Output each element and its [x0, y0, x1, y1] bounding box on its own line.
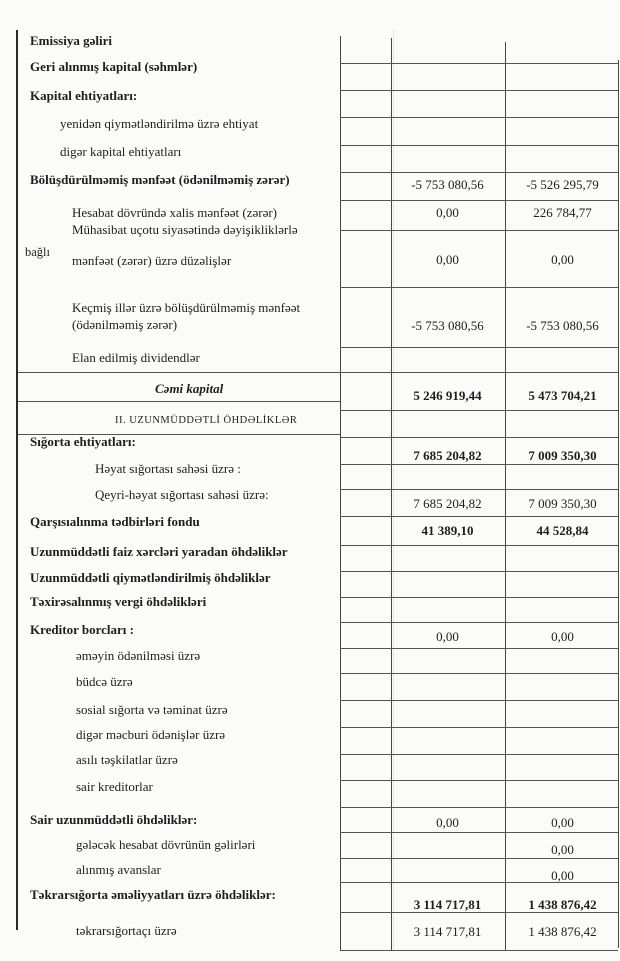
row-label: Həyat sığortası sahəsi üzrə :	[95, 461, 241, 476]
value-previous-period: -5 526 295,79	[505, 177, 620, 192]
value-previous-period: 0,00	[505, 629, 620, 644]
row-label: sair kreditorlar	[76, 779, 153, 794]
row-label: yenidən qiymətləndirilmə üzrə ehtiyat	[60, 116, 258, 131]
grid-horizontal-line	[340, 545, 618, 546]
value-previous-period: 7 009 350,30	[505, 496, 620, 511]
grid-vertical-line	[340, 36, 341, 950]
value-current-period: 0,00	[390, 629, 505, 644]
grid-horizontal-line	[340, 63, 618, 64]
row-label: asılı təşkilatlar üzrə	[76, 752, 178, 767]
row-label: əməyin ödənilməsi üzrə	[76, 648, 200, 663]
grid-horizontal-line	[340, 858, 618, 859]
grid-horizontal-line	[340, 410, 618, 411]
row-label: Kreditor borcları :	[30, 622, 134, 637]
side-note-bagli: bağlı	[25, 245, 50, 260]
grid-horizontal-line	[340, 622, 618, 623]
row-label: Qarşısıalınma tədbirləri fondu	[30, 514, 200, 529]
row-label: Uzunmüddətli qiymətləndirilmiş öhdəliklə…	[30, 570, 271, 585]
grid-horizontal-line	[340, 90, 618, 91]
value-current-period: 0,00	[390, 205, 505, 220]
row-label: Kapital ehtiyatları:	[30, 88, 137, 103]
row-label: Mühasibat uçotu siyasətində dəyişikliklə…	[72, 222, 298, 237]
value-previous-period: 0,00	[505, 252, 620, 267]
grid-horizontal-line	[18, 401, 340, 402]
row-label: Təxirəsalınmış vergi öhdəlikləri	[30, 594, 206, 609]
grid-horizontal-line	[340, 200, 618, 201]
value-previous-period: -5 753 080,56	[505, 318, 620, 333]
grid-horizontal-line	[340, 464, 618, 465]
value-previous-period: 0,00	[505, 868, 620, 883]
grid-horizontal-line	[18, 372, 340, 373]
row-label: Sığorta ehtiyatları:	[30, 434, 136, 449]
row-label: təkrarsığortaçı üzrə	[76, 923, 177, 938]
value-current-period: 3 114 717,81	[390, 897, 505, 912]
value-previous-period: 226 784,77	[505, 205, 620, 220]
grid-horizontal-line	[340, 807, 618, 808]
row-label: Sair uzunmüddətli öhdəliklər:	[30, 812, 197, 827]
row-label: Hesabat dövründə xalis mənfəət (zərər)	[72, 205, 277, 220]
grid-horizontal-line	[340, 832, 618, 833]
section-title: II. UZUNMÜDDƏTLİ ÖHDƏLİKLƏR	[115, 415, 297, 426]
grid-horizontal-line	[340, 571, 618, 572]
row-label: alınmış avanslar	[76, 862, 161, 877]
grid-horizontal-line	[340, 912, 618, 913]
row-label: Cəmi kapital	[155, 381, 223, 396]
value-previous-period: 1 438 876,42	[505, 897, 620, 912]
value-current-period: 3 114 717,81	[390, 924, 505, 939]
grid-horizontal-line	[340, 287, 618, 288]
value-previous-period: 0,00	[505, 842, 620, 857]
row-label-continued: (ödənilməmiş zərər)	[72, 317, 177, 332]
grid-horizontal-line	[340, 700, 618, 701]
grid-vertical-line	[391, 38, 392, 950]
row-label: Geri alınmış kapital (səhmlər)	[30, 59, 197, 74]
row-label: Emissiya gəliri	[30, 33, 112, 48]
row-label: digər məcburi ödənişlər üzrə	[76, 727, 225, 742]
grid-horizontal-line	[340, 489, 618, 490]
grid-horizontal-line	[340, 754, 618, 755]
value-previous-period: 7 009 350,30	[505, 448, 620, 463]
row-label: Qeyri-həyat sığortası sahəsi üzrə:	[95, 487, 269, 502]
row-label: Uzunmüddətli faiz xərcləri yaradan öhdəl…	[30, 544, 288, 559]
value-previous-period: 0,00	[505, 815, 620, 830]
row-label: Təkrarsığorta əməliyyatları üzrə öhdəlik…	[30, 887, 276, 902]
row-label: Elan edilmiş dividendlər	[72, 350, 200, 365]
row-label-continued: mənfəət (zərər) üzrə düzəlişlər	[72, 253, 231, 268]
value-previous-period: 44 528,84	[505, 523, 620, 538]
grid-horizontal-line	[340, 727, 618, 728]
value-current-period: -5 753 080,56	[390, 318, 505, 333]
grid-horizontal-line	[340, 230, 618, 231]
grid-horizontal-line	[340, 172, 618, 173]
grid-horizontal-line	[340, 648, 618, 649]
value-previous-period: 5 473 704,21	[505, 388, 620, 403]
page-left-border	[16, 30, 18, 930]
grid-horizontal-line	[340, 597, 618, 598]
grid-horizontal-line	[340, 950, 618, 951]
value-current-period: 5 246 919,44	[390, 388, 505, 403]
value-current-period: 7 685 204,82	[390, 448, 505, 463]
grid-horizontal-line	[340, 347, 618, 348]
row-label: Bölüşdürülməmiş mənfəət (ödənilməmiş zər…	[30, 172, 290, 187]
scan-artifact-line	[393, 30, 394, 950]
row-label: sosial sığorta və təminat üzrə	[76, 702, 228, 717]
grid-horizontal-line	[340, 372, 618, 373]
grid-horizontal-line	[340, 673, 618, 674]
row-label: gələcək hesabat dövrünün gəlirləri	[76, 837, 255, 852]
row-label: Keçmiş illər üzrə bölüşdürülməmiş mənfəə…	[72, 300, 300, 315]
row-label: büdcə üzrə	[76, 674, 133, 689]
grid-horizontal-line	[340, 117, 618, 118]
row-label: digər kapital ehtiyatları	[60, 144, 181, 159]
value-current-period: 0,00	[390, 252, 505, 267]
value-current-period: 7 685 204,82	[390, 496, 505, 511]
value-current-period: 41 389,10	[390, 523, 505, 538]
value-current-period: -5 753 080,56	[390, 177, 505, 192]
grid-horizontal-line	[340, 437, 618, 438]
grid-horizontal-line	[340, 516, 618, 517]
value-previous-period: 1 438 876,42	[505, 924, 620, 939]
grid-horizontal-line	[340, 145, 618, 146]
value-current-period: 0,00	[390, 815, 505, 830]
grid-horizontal-line	[340, 780, 618, 781]
